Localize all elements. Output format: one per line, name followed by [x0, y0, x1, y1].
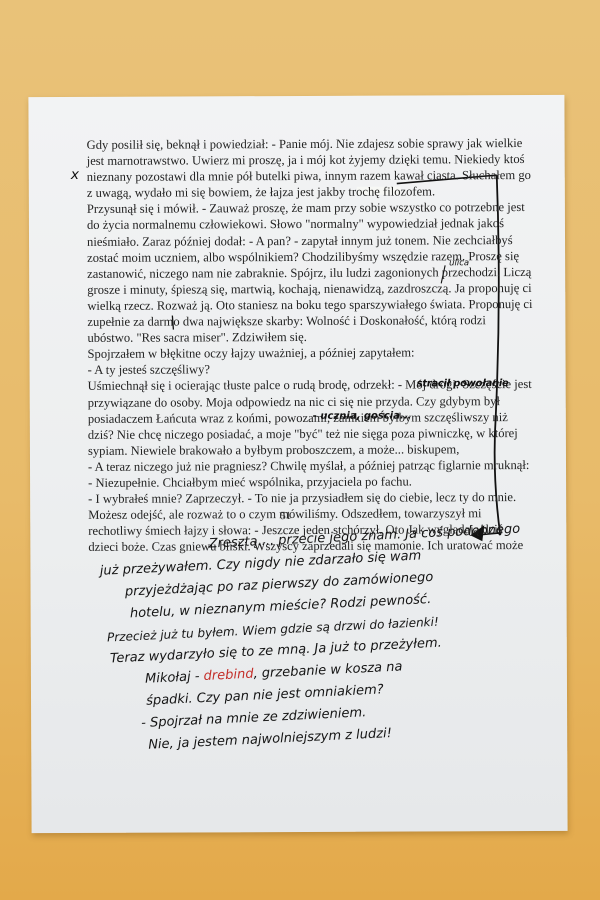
printed-line: nieznany pozostawi dla mnie pół butelki … [87, 167, 507, 185]
margin-x-mark: x [71, 167, 79, 183]
printed-text-block: Gdy posilił się, beknął i powiedział: - … [87, 135, 509, 555]
printed-line: - A teraz niczego już nie pragniesz? Chw… [88, 457, 508, 475]
printed-line: Możesz odejść, ale rozważ to o czym mówi… [88, 505, 508, 523]
printed-line: wielką rzecz. Rozważ ją. Oto staniesz na… [87, 296, 507, 314]
handwritten-fragment: , grzebanie w kosza na [253, 659, 403, 681]
printed-line: sypiam. Niewiele brakowało a byłbym prob… [88, 441, 508, 459]
printed-line: nieśmiało. Zaraz później dodał: - A pan?… [87, 232, 507, 250]
printed-line: posiadaczem Łańcuta wraz z końmi, powoza… [88, 409, 508, 427]
printed-line: Gdy posilił się, beknął i powiedział: - … [87, 135, 507, 153]
printed-line: przywiązane do osoby. Moja odpowiedz na … [88, 393, 508, 411]
printed-line: zostać moim uczniem, albo wspólnikiem? C… [87, 248, 507, 266]
handwritten-fragment: Mikołaj - [145, 669, 204, 687]
printed-line: - Niezupełnie. Chciałbym mieć wspólnika,… [88, 473, 508, 491]
printed-line: Przysunął się i mówił. - Zauważ proszę, … [87, 199, 507, 217]
printed-line: jest marnotrawstwo. Uwierz mi proszę, ja… [87, 151, 507, 169]
printed-line: ubóstwo. "Res sacra miser". Zdziwiłem si… [87, 328, 507, 346]
printed-line: - A ty jesteś szczęśliwy? [88, 360, 508, 378]
printed-line: dziś? Nie chcę niczego posiadać, a moje … [88, 425, 508, 443]
handwritten-insert-ucznia: - ucznia, gościa... [313, 411, 412, 422]
printed-line: do życia normalnemu człowiekowi. Słowo "… [87, 216, 507, 234]
printed-line: z uwagą, wydało mi się bowiem, że łajza … [87, 183, 507, 201]
page-number: 51 [280, 510, 291, 522]
printed-line: - I wybrałeś mnie? Zaprzeczył. - To nie … [88, 489, 508, 507]
manuscript-page: x Gdy posilił się, beknął i powiedział: … [28, 95, 567, 833]
printed-line: Spojrzałem w błękitne oczy łajzy uważnie… [87, 344, 507, 362]
handwritten-insert-ulica: ulica [449, 258, 469, 268]
printed-line: grosze i minuty, śpieszą się, martwią, k… [87, 280, 507, 298]
handwritten-insert-stracil-powolanie: stracił powołanie [417, 378, 509, 389]
printed-line: zastanowić, niczego nam nie zabraknie. S… [87, 264, 507, 282]
red-correction: drebind [203, 667, 254, 684]
handwritten-block: Zresztą.... przecie jego znam. Ja coś po… [98, 518, 548, 759]
printed-line: zupełnie za darmo dwa największe skarby:… [87, 312, 507, 330]
